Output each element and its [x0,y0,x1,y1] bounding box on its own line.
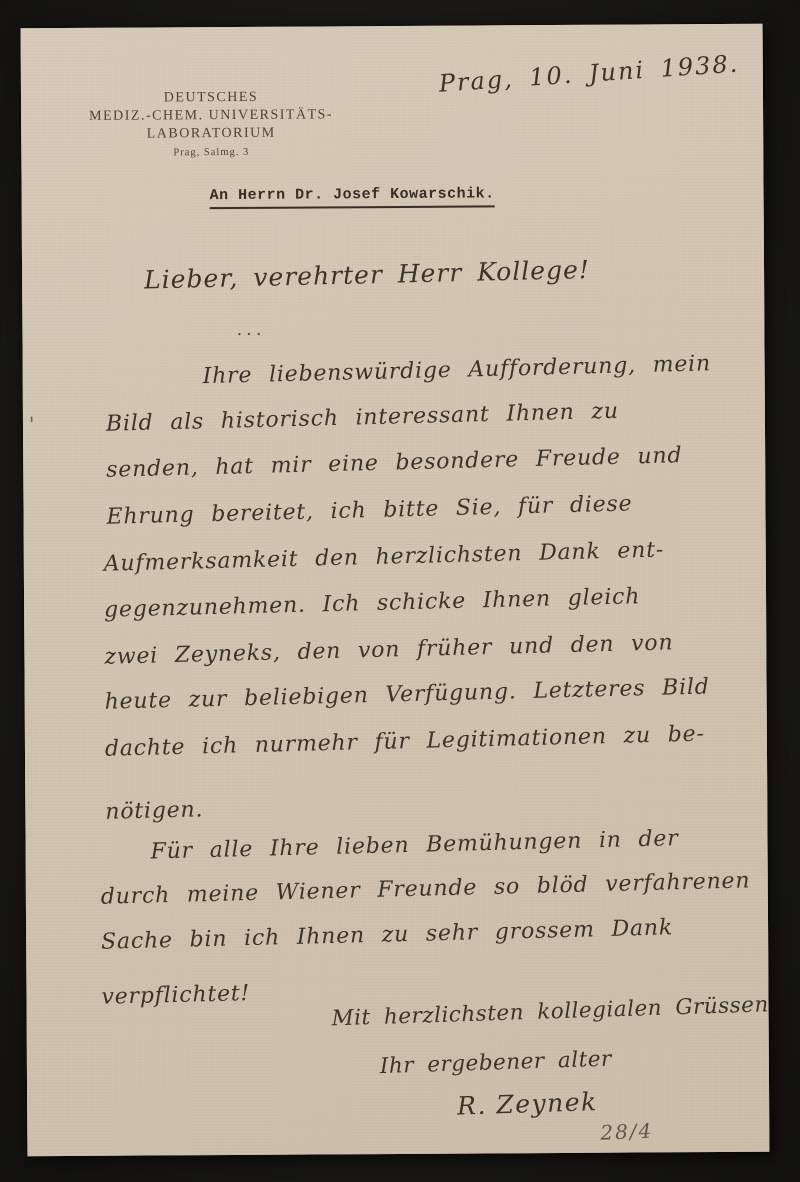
body-line: Für alle Ihre lieben Bemühungen in der [150,826,679,864]
letterhead-address: Prag, Salmg. 3 [61,144,361,162]
body-line: Aufmerksamkeit den herzlichsten Dank ent… [104,538,665,577]
body-line: nötigen. [105,797,204,824]
body-line: verpflichtet! [101,981,250,1010]
stray-ink-mark: ' [29,412,35,436]
ink-dots: ... [236,319,265,340]
body-line: Sache bin ich Ihnen zu sehr grossem Dank [101,915,673,954]
page-number: 28/4 [600,1119,654,1145]
salutation: Lieber, verehrter Herr Kollege! [144,255,590,294]
body-line: dachte ich nurmehr für Legitimationen zu… [105,722,705,762]
letterhead: DEUTSCHES MEDIZ.-CHEM. UNIVERSITÄTS- LAB… [61,88,361,162]
body-line: zwei Zeyneks, den von früher und den von [104,630,674,669]
letterhead-line-2: MEDIZ.-CHEM. UNIVERSITÄTS- [61,106,361,126]
body-line: senden, hat mir eine besondere Freude un… [106,443,683,483]
body-line: Bild als historisch interessant Ihnen zu [106,399,619,437]
body-line: heute zur beliebigen Verfügung. Letztere… [104,674,710,714]
body-line: Ehrung bereitet, ich bitte Sie, für dies… [106,491,633,529]
scan-background: { "letterhead": { "line1": "DEUTSCHES", … [0,0,800,1182]
signature: R. Zeynek [457,1087,598,1121]
handwritten-date: Prag, 10. Juni 1938. [438,50,740,98]
letterhead-line-1: DEUTSCHES [61,88,361,108]
body-line: gegenzunehmen. Ich schicke Ihnen gleich [104,584,641,623]
closing-line: Mit herzlichsten kollegialen Grüssen [331,992,769,1031]
letterhead-line-3: LABORATORIUM [61,124,361,144]
recipient-line: An Herrn Dr. Josef Kowarschik. [210,185,495,209]
letter-paper: DEUTSCHES MEDIZ.-CHEM. UNIVERSITÄTS- LAB… [21,24,770,1157]
closing-line: Ihr ergebener alter [380,1047,613,1079]
body-line: durch meine Wiener Freunde so blöd verfa… [101,868,751,909]
body-line: Ihre liebenswürdige Aufforderung, mein [202,351,711,389]
